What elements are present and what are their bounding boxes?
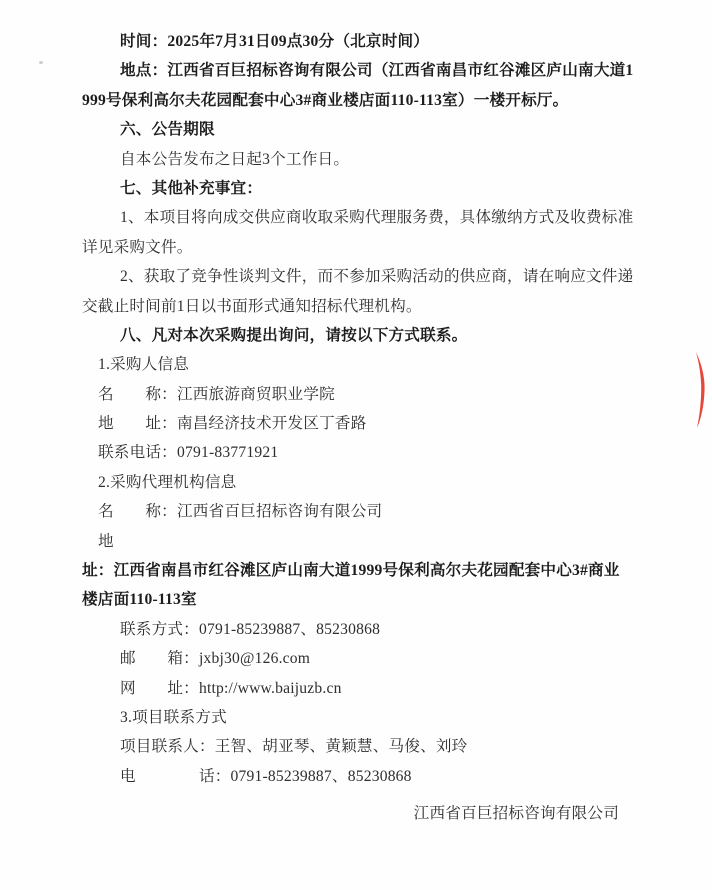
text-line: 999号保利高尔夫花园配套中心3#商业楼店面110-113室）一楼开标厅。: [82, 86, 634, 115]
text-line: 七、其他补充事宜：: [82, 174, 634, 203]
text-line: 网 址：http://www.baijuzb.cn: [82, 674, 634, 703]
text-line: 址：江西省南昌市红谷滩区庐山南大道1999号保利高尔夫花园配套中心3#商业: [82, 556, 634, 585]
scan-artifact-dot: [39, 61, 43, 64]
text-line: 名 称：江西旅游商贸职业学院: [82, 380, 634, 409]
text-line: 八、凡对本次采购提出询问，请按以下方式联系。: [82, 321, 634, 350]
text-line: 名 称：江西省百巨招标咨询有限公司: [82, 497, 634, 526]
text-line: 详见采购文件。: [82, 233, 634, 262]
text-line: 2.采购代理机构信息: [82, 468, 634, 497]
text-line: 项目联系人：王智、胡亚琴、黄颖慧、马俊、刘玲: [82, 732, 634, 761]
text-line: 地: [82, 527, 634, 556]
agency-signature: 江西省百巨招标咨询有限公司: [82, 799, 634, 828]
text-line: 3.项目联系方式: [82, 703, 634, 732]
text-line: 1.采购人信息: [82, 350, 634, 379]
text-line: 联系方式：0791-85239887、85230868: [82, 615, 634, 644]
document-body: 时间：2025年7月31日09点30分（北京时间）地点：江西省百巨招标咨询有限公…: [0, 0, 712, 829]
text-line: 自本公告发布之日起3个工作日。: [82, 145, 634, 174]
text-line: 邮 箱：jxbj30@126.com: [82, 644, 634, 673]
text-line: 时间：2025年7月31日09点30分（北京时间）: [82, 27, 634, 56]
text-line: 2、获取了竞争性谈判文件，而不参加采购活动的供应商，请在响应文件递: [82, 262, 634, 291]
text-line: 联系电话：0791-83771921: [82, 438, 634, 467]
text-line: 电 话：0791-85239887、85230868: [82, 762, 634, 791]
text-line: 交截止时间前1日以书面形式通知招标代理机构。: [82, 292, 634, 321]
text-line: 1、本项目将向成交供应商收取采购代理服务费，具体缴纳方式及收费标准: [82, 203, 634, 232]
text-line: 楼店面110-113室: [82, 585, 634, 614]
text-line: 六、公告期限: [82, 115, 634, 144]
scanned-document-page: 时间：2025年7月31日09点30分（北京时间）地点：江西省百巨招标咨询有限公…: [0, 0, 712, 890]
document-lines: 时间：2025年7月31日09点30分（北京时间）地点：江西省百巨招标咨询有限公…: [82, 27, 634, 791]
text-line: 地点：江西省百巨招标咨询有限公司（江西省南昌市红谷滩区庐山南大道1: [82, 56, 634, 85]
text-line: 地 址：南昌经济技术开发区丁香路: [82, 409, 634, 438]
